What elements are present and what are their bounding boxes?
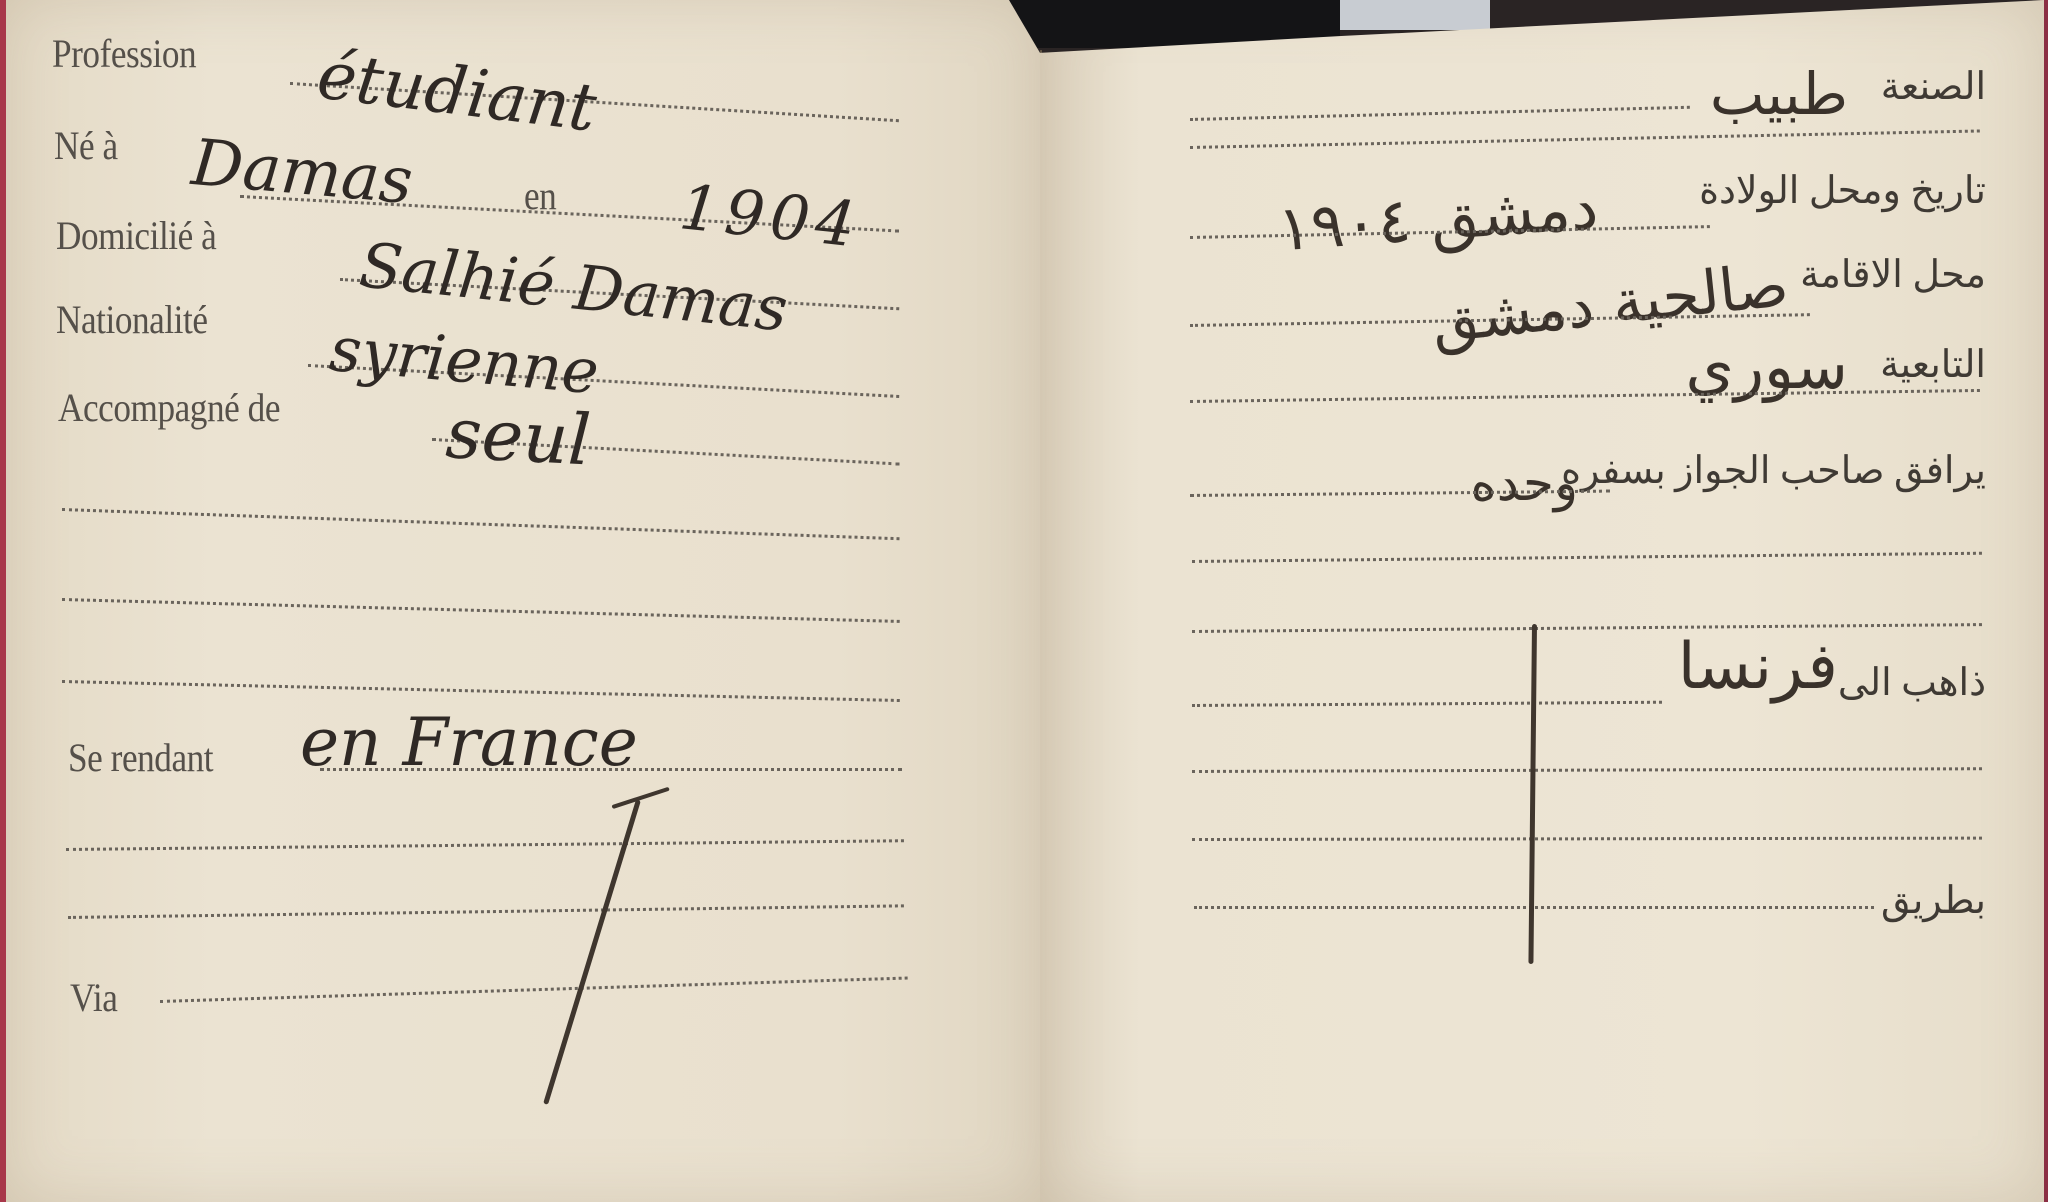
label-profession: Profession <box>52 30 196 77</box>
label-nationalite: Nationalité <box>56 296 208 343</box>
label-ar-residence: محل الاقامة <box>1800 252 1986 297</box>
label-ar-profession: الصنعة <box>1881 64 1986 109</box>
value-accompagne: seul <box>444 392 593 481</box>
label-ne-a: Né à <box>54 122 118 169</box>
value-ar-accompanied: وحده <box>1471 454 1579 512</box>
label-ar-birth: تاريخ ومحل الولادة <box>1699 168 1986 213</box>
label-ar-going-to: ذاهب الى <box>1838 660 1986 705</box>
value-se-rendant: en France <box>300 704 638 781</box>
label-via: Via <box>70 974 117 1021</box>
label-en: en <box>524 172 556 219</box>
label-accompagne-de: Accompagné de <box>58 384 280 431</box>
label-ar-accompanied: يرافق صاحب الجواز بسفره <box>1561 448 1986 493</box>
label-se-rendant: Se rendant <box>68 734 213 781</box>
value-ar-profession: طبيب <box>1710 60 1848 128</box>
background-light-object <box>1340 0 1490 30</box>
value-ar-going-to: فرنسا <box>1678 630 1838 704</box>
label-ar-nationality: التابعية <box>1880 342 1986 387</box>
label-ar-via: بطريق <box>1881 878 1986 923</box>
label-domicilie-a: Domicilié à <box>56 212 216 259</box>
